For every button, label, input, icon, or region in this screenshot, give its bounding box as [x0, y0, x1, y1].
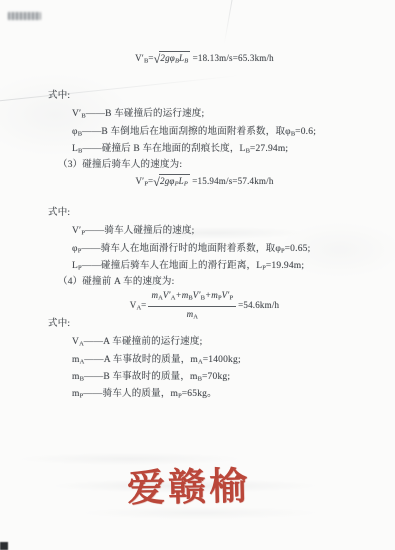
item-3-heading: （3）碰撞后骑车人的速度为: — [58, 159, 182, 171]
formula-vb-lhs: V′B= — [135, 53, 154, 63]
definition-lb: LB——碰撞后 B 车在地面的刮痕长度，LB=27.94m; — [72, 143, 288, 158]
definition-phib: φB——B 车倒地后在地面刮擦的地面附着系数，取φB=0.6; — [72, 126, 316, 141]
definition-vp: V′P——骑车人碰撞后的速度; — [72, 225, 195, 240]
fraction: mAV′A+mBV′B+mPV′PmA — [148, 289, 236, 323]
paper-crease — [0, 75, 241, 102]
scanned-document-page: V′B=√2gφBLB =18.13m/s=65.3km/h 式中: V′B——… — [0, 0, 395, 550]
formula-vp-radicand: 2gφPLP — [159, 174, 190, 191]
formula-va-denominator: mA — [148, 307, 236, 324]
paper-crease — [224, 0, 233, 44]
formula-vp-result: =15.94m/s=57.4km/h — [190, 176, 274, 186]
definition-phip: φP——骑车人在地面滑行时的地面附着系数，取φP=0.65; — [72, 243, 310, 258]
definition-va: VA——A 车碰撞前的运行速度; — [72, 336, 202, 351]
formula-vp: V′P=√2gφPLP =15.94m/s=57.4km/h — [0, 174, 395, 191]
formula-label: 式中: — [48, 207, 70, 219]
item-4-heading: （4）碰撞前 A 车的速度为: — [58, 276, 174, 288]
formula-va-numerator: mAV′A+mBV′B+mPV′P — [148, 289, 236, 307]
definition-mp: mP——骑车人的质量，mP=65kg。 — [72, 388, 217, 403]
sqrt-expression: √2gφPLP — [153, 174, 190, 191]
formula-label: 式中: — [48, 90, 70, 102]
formula-vb: V′B=√2gφBLB =18.13m/s=65.3km/h — [0, 51, 395, 68]
corner-smudge — [8, 12, 41, 20]
formula-vb-result: =18.13m/s=65.3km/h — [190, 53, 274, 63]
formula-vp-lhs: V′P= — [135, 176, 153, 186]
definition-lp: LP——碰撞后骑车人在地面上的滑行距离，LP=19.94m; — [72, 260, 304, 275]
scan-corner-artifact — [0, 542, 8, 550]
formula-vb-radicand: 2gφBLB — [159, 51, 190, 68]
formula-label: 式中: — [48, 318, 70, 330]
definition-ma: mA——A 车事故时的质量，mA=1400kg; — [72, 354, 241, 369]
sqrt-expression: √2gφBLB — [154, 51, 191, 68]
definition-mb: mB——B 车事故时的质量，mB=70kg; — [72, 371, 230, 386]
formula-va-result: =54.6km/h — [238, 300, 279, 310]
definition-vb: V′B——B 车碰撞后的运行速度; — [72, 108, 204, 123]
formula-va-lhs: VA= — [130, 300, 147, 310]
red-stamp-watermark: 爱赣榆 — [126, 455, 250, 513]
